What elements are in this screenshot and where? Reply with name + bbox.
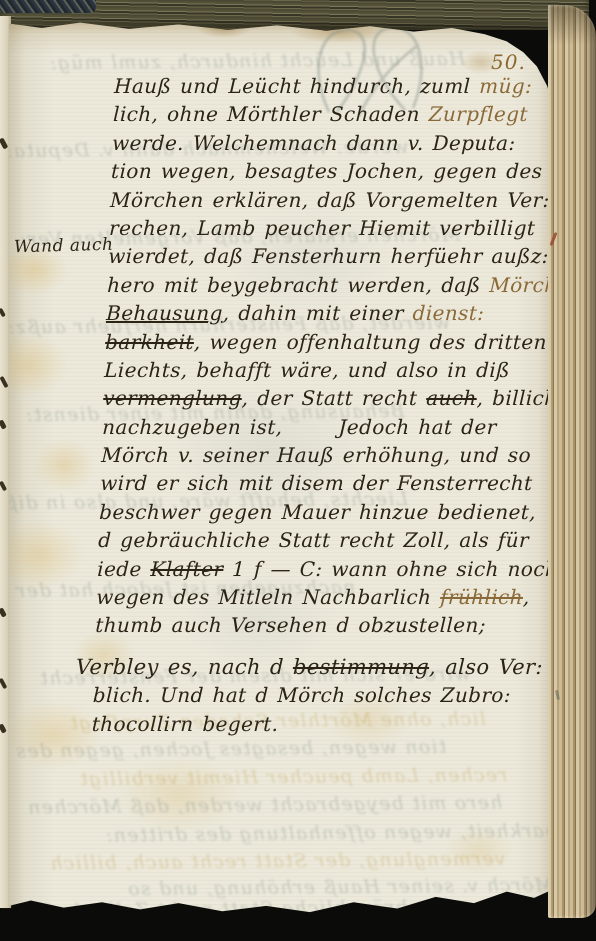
page-number: 50. — [491, 50, 526, 74]
text-segment: tion wegen, besagtes Jochen, gegen des — [111, 159, 543, 183]
text-line: rechen, Lamb peucher Hiemit verbilligt — [109, 214, 556, 242]
text-segment: thumb auch Versehen d obzustellen; — [95, 613, 486, 637]
head-edge-weave — [0, 0, 96, 13]
text-segment: Klafter — [150, 557, 224, 581]
text-segment: beschwer gegen Mauer hinzue bedienet, — [99, 500, 537, 524]
text-segment: , also Ver: — [429, 655, 544, 679]
text-segment: barkheit — [105, 330, 195, 354]
adjacent-page-ink-mark — [0, 419, 7, 429]
text-segment: wierdet, daß Fensterhurn herfüehr außz: — [108, 244, 550, 268]
paragraph: Hauß und Leücht hindurch, zuml müg:lich,… — [95, 72, 556, 640]
text-segment: d gebräuchliche Statt recht Zoll, als fü… — [98, 528, 530, 552]
text-segment: vermenglung — [103, 386, 242, 410]
text-line: iede Klafter 1 f — C: wann ohne sich noc… — [97, 555, 554, 583]
text-line: wierdet, daß Fensterhurn herfüehr außz: — [108, 242, 556, 270]
text-line: Hauß und Leücht hindurch, zuml müg: — [114, 72, 556, 100]
adjacent-page-ink-mark — [0, 678, 7, 690]
text-segment: Liechts, behafft wäre, und also in diß — [104, 358, 511, 382]
text-segment: Zurpflegt — [428, 102, 528, 126]
ghost-line: tion wegen, besagtes Jochen, gegen des — [15, 736, 447, 763]
text-line: Mörchen erklären, daß Vorgemelten Ver: — [110, 186, 556, 214]
text-segment: hero mit beygebracht werden, daß — [107, 273, 490, 297]
text-line: vermenglung, der Statt recht auch, billi… — [103, 384, 556, 412]
ghost-line: hero mit beygebracht werden, daß Mörchen — [27, 792, 503, 819]
text-segment: , — [523, 585, 531, 609]
text-line: wird er sich mit disem der Fensterrecht — [100, 469, 556, 497]
text-line: wegen des Mitleln Nachbarlich frühlich, — [96, 583, 553, 611]
ghost-line: d gebräuchliche Statt recht Zoll, als fü… — [23, 896, 455, 913]
text-line: nachzugeben ist,Jedoch hat der — [102, 413, 556, 441]
handwritten-text-block: Hauß und Leücht hindurch, zuml müg:lich,… — [91, 72, 556, 738]
text-segment: Mörch v. seiner Hauß erhöhung, und so — [101, 443, 532, 467]
text-segment: Verbley es, nach d — [75, 655, 293, 679]
text-segment: , der Statt recht — [241, 386, 426, 410]
text-segment: , dahin mit einer — [222, 301, 413, 325]
text-line: thumb auch Versehen d obzustellen; — [95, 611, 552, 639]
text-segment: werde. Welchemnach dann v. Deputa: — [112, 131, 516, 155]
manuscript-page: Hauß und Leücht hindurch, zuml müg:werde… — [9, 20, 556, 913]
text-segment: lich, ohne Mörthler Schaden — [113, 102, 429, 126]
text-segment: 1 f — C: wann ohne sich noch, — [223, 557, 556, 581]
book-scan: Hauß und Leücht hindurch, zuml müg:werde… — [0, 0, 596, 941]
text-segment: müg: — [479, 74, 533, 98]
text-segment: Mörchen — [489, 273, 556, 297]
adjacent-page-ink-mark — [0, 723, 7, 733]
text-line: werde. Welchemnach dann v. Deputa: — [112, 129, 556, 157]
adjacent-page-ink-mark — [0, 308, 6, 318]
ghost-line: vermenglung, der Statt recht auch, billi… — [49, 848, 506, 875]
text-segment: Jedoch hat der — [338, 413, 497, 441]
text-segment: Behausung — [106, 301, 223, 325]
text-segment: rechen, Lamb peucher Hiemit verbilligt — [109, 216, 536, 240]
text-line: Mörch v. seiner Hauß erhöhung, und so — [101, 441, 556, 469]
text-segment: wegen des Mitleln Nachbarlich — [96, 585, 441, 609]
text-line: lich, ohne Mörthler Schaden Zurpflegt — [113, 100, 556, 128]
ghost-line: barkheit, wegen offenhaltung des dritten… — [105, 820, 556, 847]
ghost-line: rechen, Lamb peucher Hiemit verbilligt — [79, 764, 508, 790]
text-segment: wird er sich mit disem der Fensterrecht — [100, 471, 533, 495]
adjacent-page-ink-mark — [0, 481, 7, 492]
paragraph: Verbley es, nach d bestimmung, also Ver:… — [91, 653, 550, 738]
margin-note: Wand auch — [14, 235, 114, 258]
text-line: thocollirn begert. — [91, 710, 548, 738]
text-line: Verbley es, nach d bestimmung, also Ver: — [75, 653, 550, 681]
text-segment: Mörchen erklären, daß Vorgemelten Ver: — [110, 188, 550, 212]
text-segment: thocollirn begert. — [91, 712, 278, 736]
text-line: hero mit beygebracht werden, daß Mörchen — [107, 271, 556, 299]
text-segment: dienst: — [412, 301, 485, 325]
text-line: Behausung, dahin mit einer dienst: — [106, 299, 556, 327]
adjacent-page-ink-mark — [0, 376, 9, 388]
text-segment: nachzugeben ist, — [102, 415, 283, 439]
book-fore-edge — [548, 5, 596, 918]
text-line: blich. Und hat d Mörch solches Zubro: — [92, 681, 549, 709]
adjacent-page-ink-mark — [0, 607, 7, 617]
text-line: tion wegen, besagtes Jochen, gegen des — [111, 157, 556, 185]
text-line: beschwer gegen Mauer hinzue bedienet, — [99, 498, 556, 526]
text-segment: iede — [97, 557, 151, 581]
adjacent-page-ink-mark — [0, 137, 8, 149]
text-segment: blich. Und hat d Mörch solches Zubro: — [92, 683, 511, 707]
text-segment: frühlich — [440, 585, 524, 609]
text-segment: Hauß und Leücht hindurch, zuml — [114, 74, 480, 98]
text-segment: , wegen offenhaltung des dritten: — [194, 330, 555, 354]
text-line: Liechts, behafft wäre, und also in diß — [104, 356, 556, 384]
text-segment: , billich — [476, 386, 556, 410]
text-line: barkheit, wegen offenhaltung des dritten… — [105, 328, 556, 356]
text-segment: bestimmung — [293, 655, 430, 679]
text-line: d gebräuchliche Statt recht Zoll, als fü… — [98, 526, 555, 554]
text-segment: auch — [426, 386, 477, 410]
